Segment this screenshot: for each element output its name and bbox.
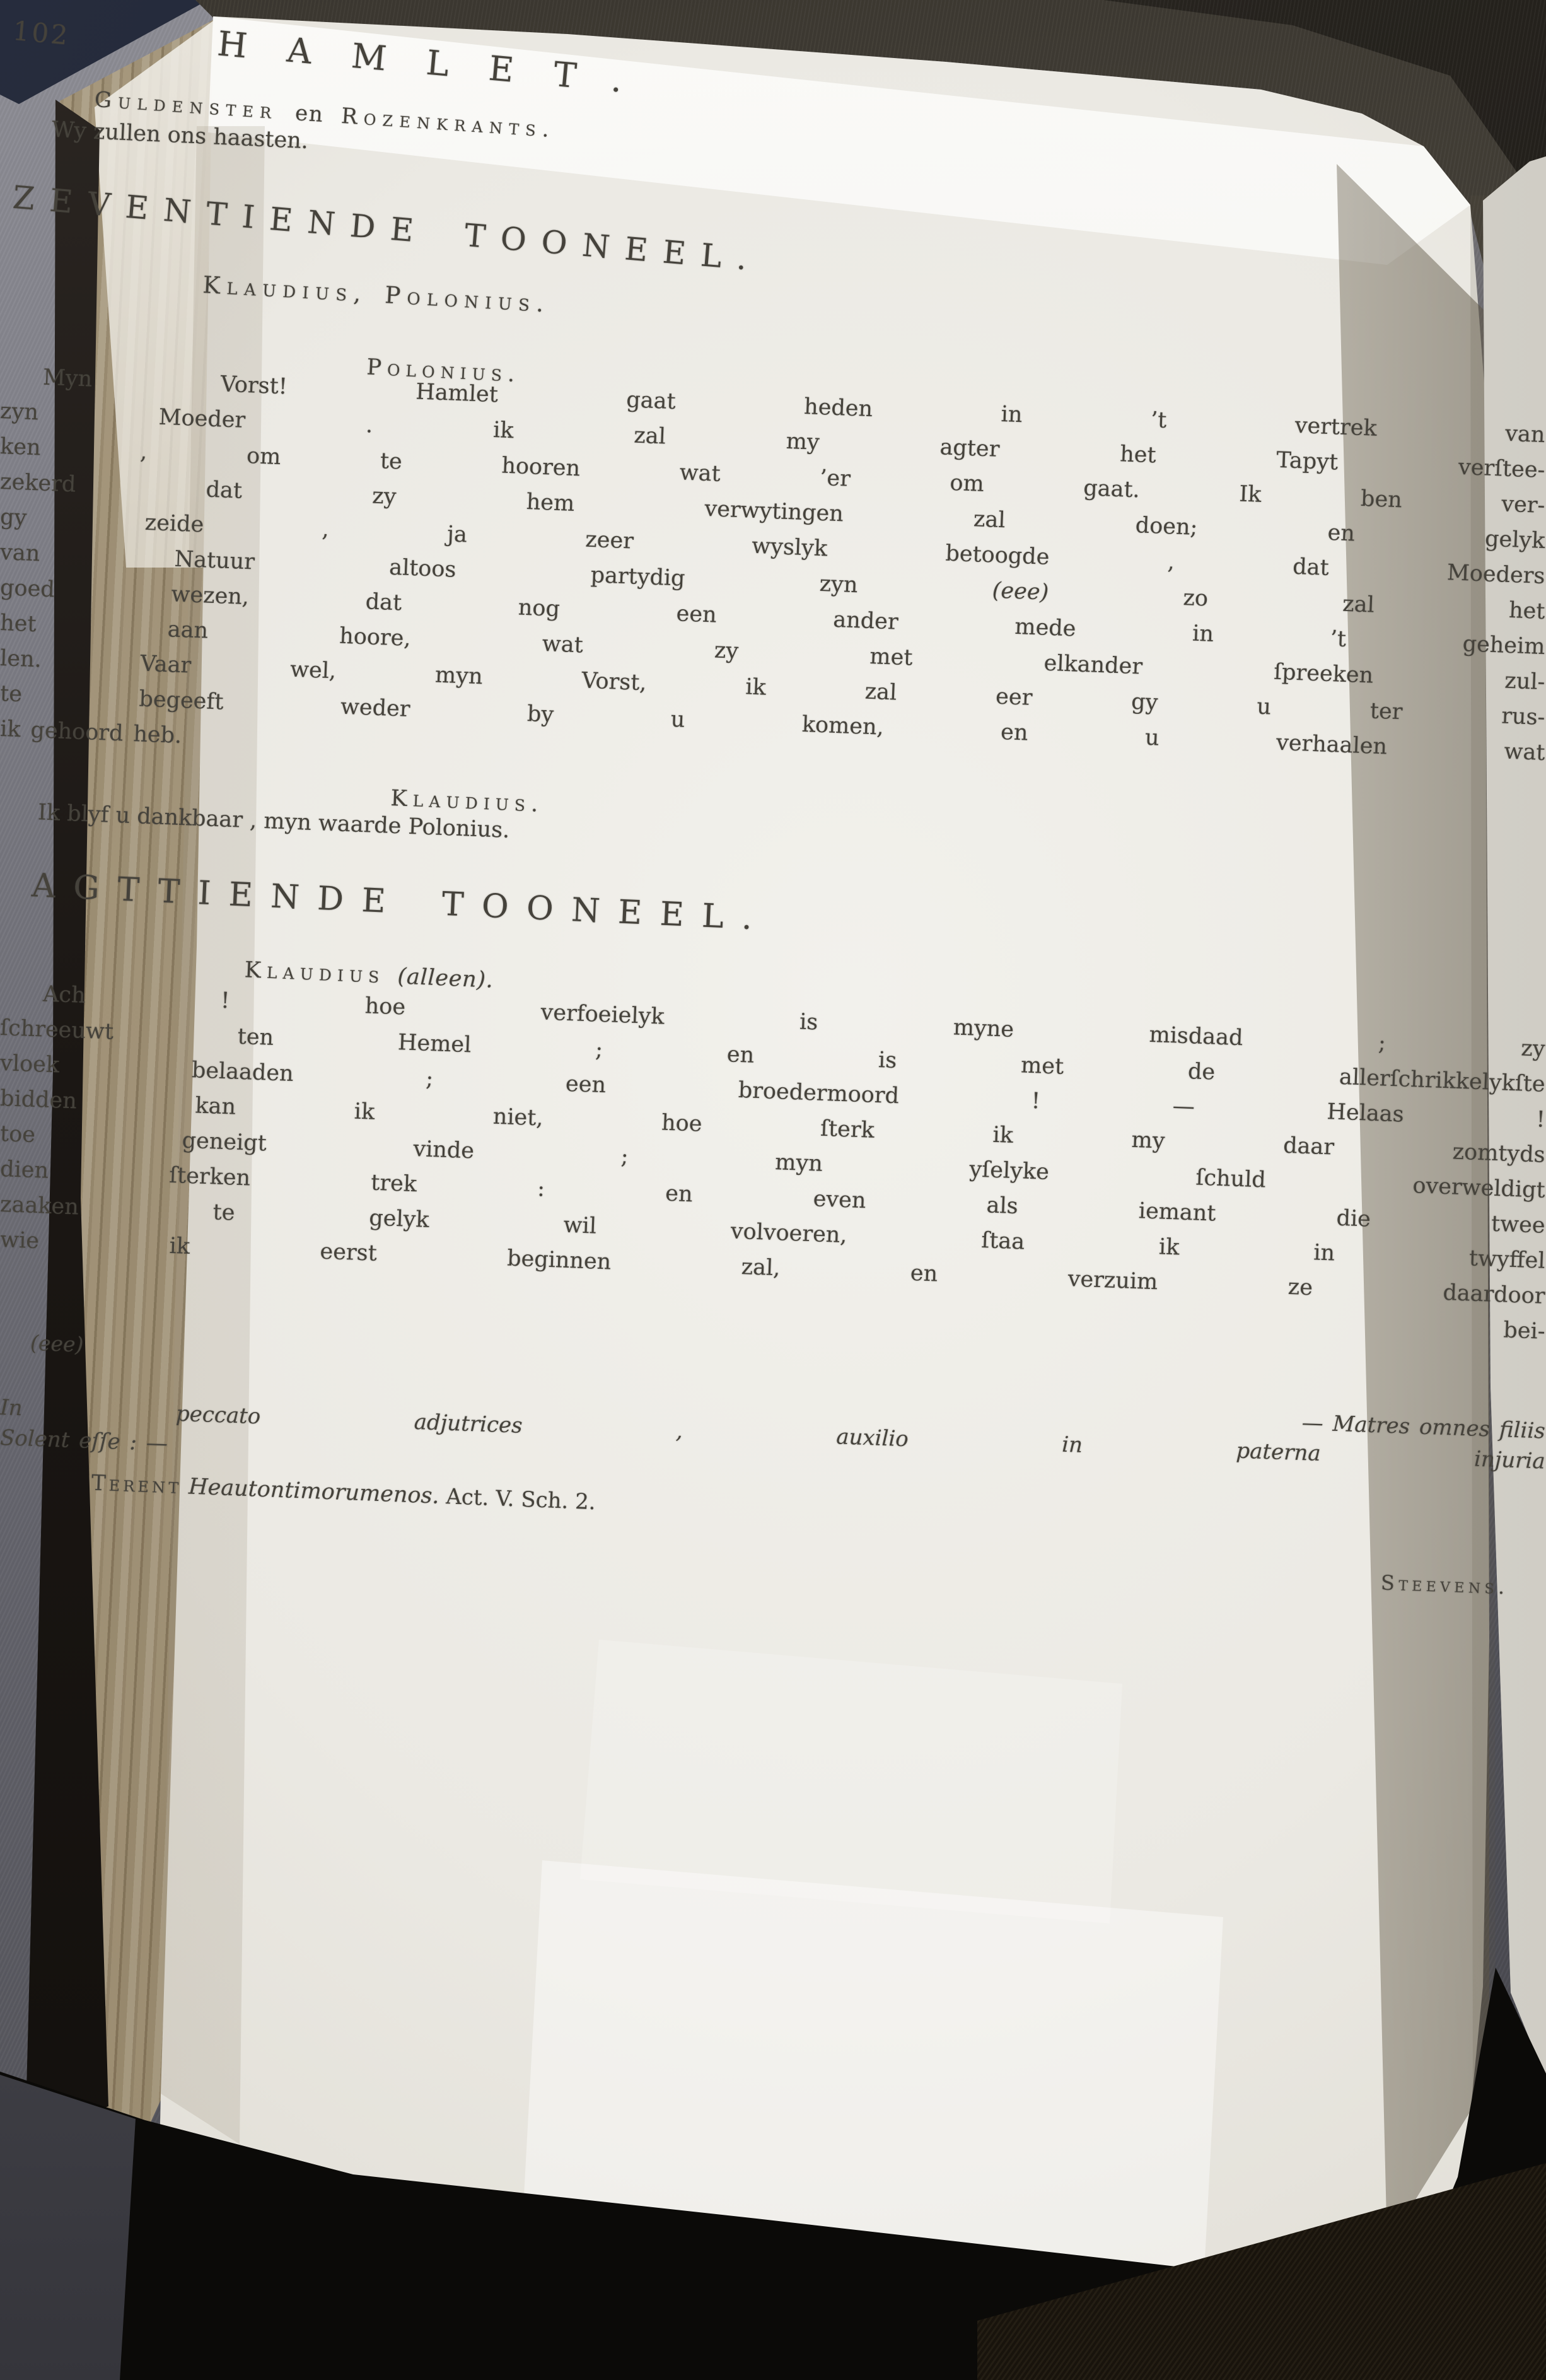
speaker-heading-klaudius-alleen: Klaudius (alleen).	[0, 947, 1546, 972]
printed-text-column: 102 HAMLET. Guldenster en Rozenkrants. W…	[0, 0, 1546, 2380]
source-author: Terent	[91, 1471, 182, 1499]
scene18-heading: AGTTIENDE TOONEEL.	[0, 865, 1546, 903]
source-work-title: Heautontimorumenos.	[188, 1474, 439, 1509]
book-photograph: 102 HAMLET. Guldenster en Rozenkrants. W…	[0, 0, 1546, 2380]
attribution-name: Steevens.	[0, 1522, 1545, 1601]
speaker-heading-klaudius: Klaudius.	[0, 769, 1546, 795]
scene17-heading: ZEVENTIENDE TOONEEL.	[0, 178, 1546, 214]
polonius-speech: Myn Vorst! Hamlet gaat heden in ’t vertr…	[0, 358, 1546, 747]
footnote-quote: — Matres omnes filiisIn peccato adjutric…	[0, 1362, 1546, 1453]
page-header: 102 HAMLET.	[0, 4, 1546, 54]
footnote-source: Terent Heautontimorumenos. Act. V. Sch. …	[0, 1467, 1546, 1492]
source-reference: Act. V. Sch. 2.	[446, 1484, 596, 1515]
klaudius-reply: Ik blyf u dankbaar , myn waarde Polonius…	[0, 798, 1546, 824]
previous-scene-cast: Guldenster en Rozenkrants.	[0, 81, 1546, 106]
footnote-marker: (eee)	[0, 1329, 1546, 1354]
footnote-attribution: Steevens.	[0, 1522, 1546, 1546]
page-number: 102	[11, 15, 71, 51]
dialogue-line: Wy zullen ons haasten.	[0, 115, 1546, 140]
scene17-cast: Klaudius, Polonius.	[0, 260, 1546, 287]
klaudius-monologue: Ach ! hoe verfoeielyk is myne misdaad ; …	[0, 975, 1546, 1293]
